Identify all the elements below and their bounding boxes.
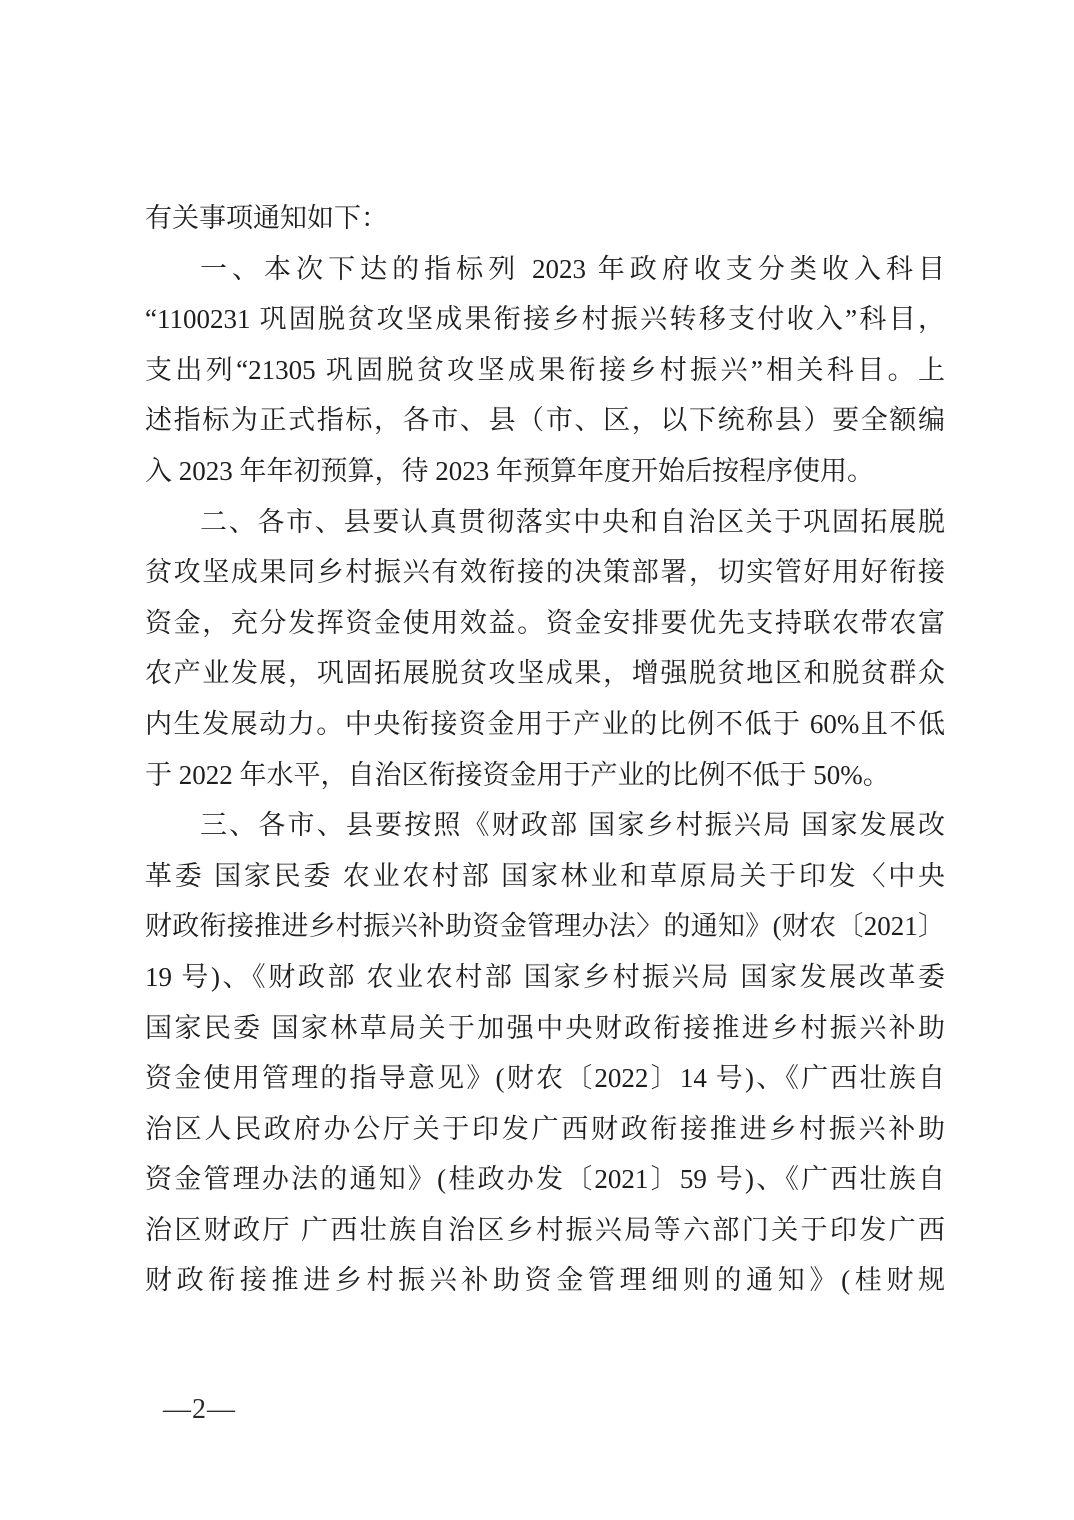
document-line: 于 2022 年水平，自治区衔接资金用于产业的比例不低于 50%。 bbox=[145, 750, 945, 801]
document-line: 一、本次下达的指标列 2023 年政府收支分类收入科目 bbox=[145, 244, 945, 295]
document-line: 三、各市、县要按照《财政部 国家乡村振兴局 国家发展改 bbox=[145, 800, 945, 851]
document-line: 革委 国家民委 农业农村部 国家林业和草原局关于印发〈中央 bbox=[145, 851, 945, 902]
document-line: “1100231 巩固脱贫攻坚成果衔接乡村振兴转移支付收入”科目， bbox=[145, 294, 945, 345]
page-number: —2— bbox=[163, 1390, 236, 1430]
document-body: 有关事项通知如下： 一、本次下达的指标列 2023 年政府收支分类收入科目 “1… bbox=[145, 193, 945, 1306]
document-line: 国家民委 国家林草局关于加强中央财政衔接推进乡村振兴补助 bbox=[145, 1003, 945, 1054]
document-line: 贫攻坚成果同乡村振兴有效衔接的决策部署，切实管好用好衔接 bbox=[145, 547, 945, 598]
document-line: 资金使用管理的指导意见》(财农〔2022〕14 号)、《广西壮族自 bbox=[145, 1053, 945, 1104]
document-line: 支出列“21305 巩固脱贫攻坚成果衔接乡村振兴”相关科目。上 bbox=[145, 345, 945, 396]
document-line: 有关事项通知如下： bbox=[145, 193, 945, 244]
document-line: 资金管理办法的通知》(桂政办发〔2021〕59 号)、《广西壮族自 bbox=[145, 1154, 945, 1205]
document-line: 内生发展动力。中央衔接资金用于产业的比例不低于 60%且不低 bbox=[145, 699, 945, 750]
document-line: 农产业发展，巩固拓展脱贫攻坚成果，增强脱贫地区和脱贫群众 bbox=[145, 648, 945, 699]
document-line: 财政衔接推进乡村振兴补助资金管理细则的通知》(桂财规 bbox=[145, 1255, 945, 1306]
document-page: 有关事项通知如下： 一、本次下达的指标列 2023 年政府收支分类收入科目 “1… bbox=[0, 0, 1074, 1520]
document-line: 治区财政厅 广西壮族自治区乡村振兴局等六部门关于印发广西 bbox=[145, 1205, 945, 1256]
document-line: 述指标为正式指标，各市、县（市、区，以下统称县）要全额编 bbox=[145, 395, 945, 446]
document-line: 19 号)、《财政部 农业农村部 国家乡村振兴局 国家发展改革委 bbox=[145, 952, 945, 1003]
document-line: 资金，充分发挥资金使用效益。资金安排要优先支持联农带农富 bbox=[145, 598, 945, 649]
document-line: 财政衔接推进乡村振兴补助资金管理办法〉的通知》(财农〔2021〕 bbox=[145, 901, 945, 952]
document-line: 二、各市、县要认真贯彻落实中央和自治区关于巩固拓展脱 bbox=[145, 497, 945, 548]
document-line: 入 2023 年年初预算，待 2023 年预算年度开始后按程序使用。 bbox=[145, 446, 945, 497]
document-line: 治区人民政府办公厅关于印发广西财政衔接推进乡村振兴补助 bbox=[145, 1104, 945, 1155]
